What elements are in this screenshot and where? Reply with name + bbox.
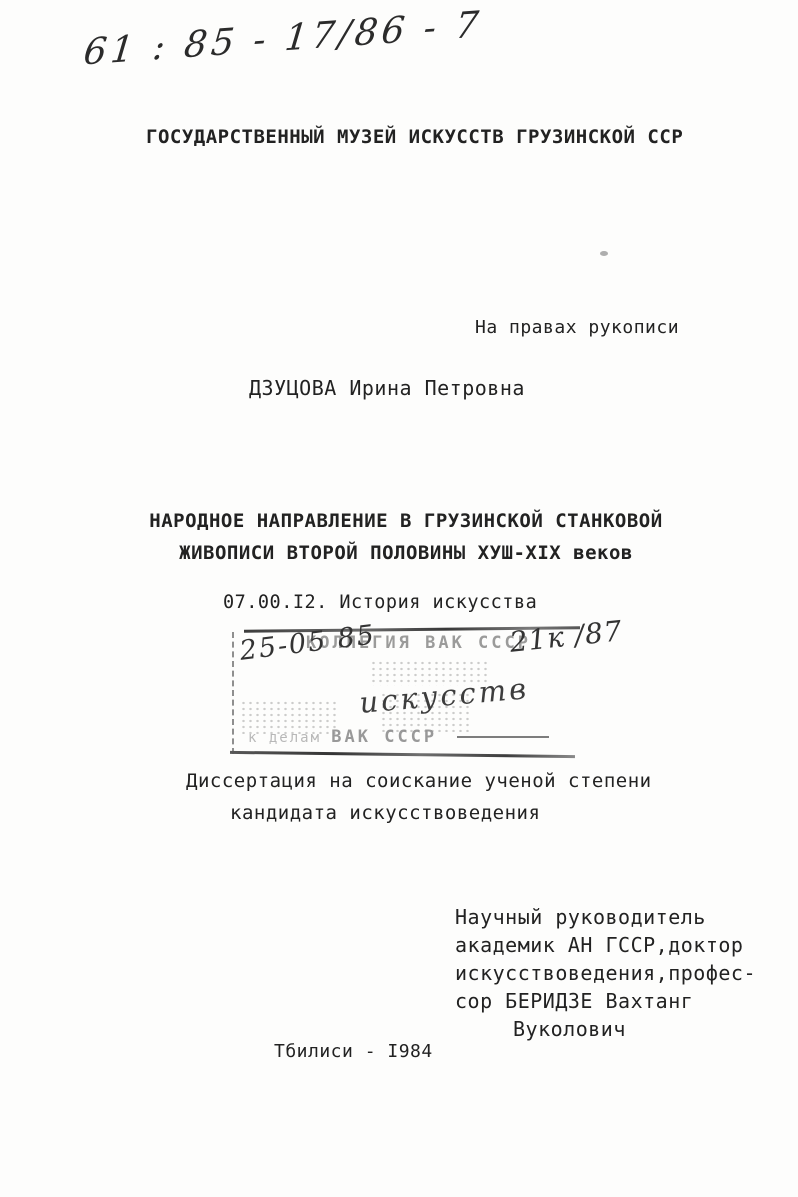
scan-speck bbox=[600, 251, 608, 256]
stamp-footer-prefix: к делам bbox=[248, 730, 321, 746]
stamp-bottom-border bbox=[230, 751, 575, 758]
manuscript-rights-note: На правах рукописи bbox=[475, 317, 679, 338]
handwritten-stamp-number: 21к /87 bbox=[508, 614, 624, 659]
supervisor-block: Научный руководитель академик АН ГССР,до… bbox=[455, 903, 756, 1043]
thesis-statement-line-1: Диссертация на соискание ученой степени bbox=[186, 770, 652, 792]
stamp-underline bbox=[457, 736, 549, 738]
author-name: ДЗУЦОВА Ирина Петровна bbox=[249, 376, 525, 400]
stamp-left-border bbox=[232, 632, 234, 754]
supervisor-line: Вуколович bbox=[455, 1015, 756, 1043]
stamp-footer-row: к делам ВАК СССР bbox=[248, 727, 549, 747]
thesis-statement-line-2: кандидата искусствоведения bbox=[230, 802, 540, 824]
specialty-code: 07.00.I2. История искусства bbox=[223, 592, 537, 613]
supervisor-line: Научный руководитель bbox=[455, 903, 756, 931]
title-line-2: ЖИВОПИСИ ВТОРОЙ ПОЛОВИНЫ ХУШ-XIX веков bbox=[0, 537, 798, 569]
supervisor-line: искусствоведения,профес- bbox=[455, 959, 756, 987]
dissertation-title: НАРОДНОЕ НАПРАВЛЕНИЕ В ГРУЗИНСКОЙ СТАНКО… bbox=[0, 505, 798, 569]
vak-stamp: КОЛЛЕГИЯ ВАК СССР 25-05 85 21к /87 искус… bbox=[230, 620, 660, 762]
institution-name: ГОСУДАРСТВЕННЫЙ МУЗЕЙ ИСКУССТВ ГРУЗИНСКО… bbox=[146, 126, 683, 148]
city-and-year: Тбилиси - I984 bbox=[274, 1041, 433, 1062]
title-line-1: НАРОДНОЕ НАПРАВЛЕНИЕ В ГРУЗИНСКОЙ СТАНКО… bbox=[0, 505, 798, 537]
handwritten-call-number: 61 : 85 - 17/86 - 7 bbox=[82, 4, 485, 73]
supervisor-line: сор БЕРИДЗЕ Вахтанг bbox=[455, 987, 756, 1015]
supervisor-line: академик АН ГССР,доктор bbox=[455, 931, 756, 959]
handwritten-stamp-date: 25-05 85 bbox=[238, 619, 378, 666]
stamp-footer-text: ВАК СССР bbox=[331, 727, 437, 747]
dissertation-title-page: 61 : 85 - 17/86 - 7 ГОСУДАРСТВЕННЫЙ МУЗЕ… bbox=[0, 0, 798, 1197]
